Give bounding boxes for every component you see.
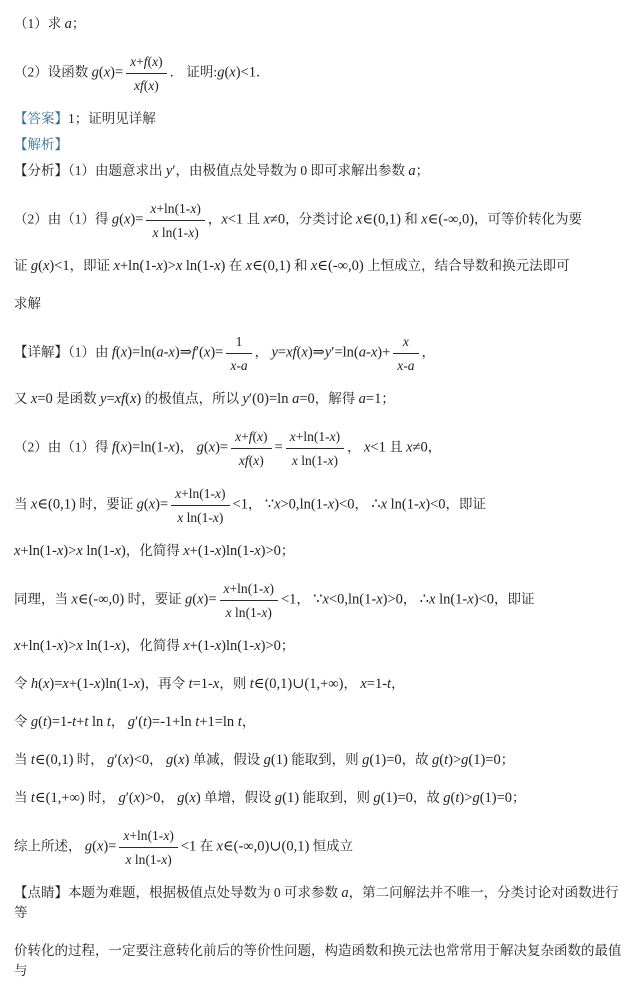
- math-run: x∈(0,1): [31, 497, 76, 513]
- math-run: <1: [281, 592, 296, 608]
- analysis-part2a: （2）由（1）得 g(x)=x+ln(1-x)x ln(1-x)，x<1 且 x…: [14, 199, 626, 242]
- text-run: 【分析】（1）由题意求出: [14, 163, 166, 178]
- math-run: g(1): [275, 790, 299, 806]
- remark-line2: 价转化的过程，一定要注意转化前后的等价性问题，构造函数和换元法也常常用于解决复杂…: [14, 941, 626, 981]
- text-run: ，: [343, 676, 360, 691]
- text-run: 当: [14, 790, 31, 805]
- detail-subst1: 令 h(x)=x+(1-x)ln(1-x)，再令 t=1-x，则 t∈(0,1)…: [14, 674, 626, 694]
- fraction-numerator: x+ln(1-x): [286, 427, 344, 449]
- text-run: 时，要证: [124, 592, 185, 607]
- math-run: t∈(0,1)∪(1,+∞): [250, 676, 344, 692]
- math-run: g(x): [177, 790, 200, 806]
- detail-part2a: （2）由（1）得 f(x)=ln(1-x)， g(x)=x+f(x)xf(x)=…: [14, 427, 626, 470]
- fraction-denominator: x ln(1-x): [119, 848, 177, 869]
- math-run: g(x): [166, 752, 189, 768]
- analysis-header: 【解析】: [14, 135, 626, 155]
- math-run: x=0: [31, 391, 53, 407]
- math-run: y′(0)=ln a=0: [242, 391, 314, 407]
- text-run: 恒成立: [309, 839, 353, 854]
- fraction-numerator: x+f(x): [231, 427, 271, 449]
- analysis-part2b: 证 g(x)<1，即证 x+ln(1-x)>x ln(1-x) 在 x∈(0,1…: [14, 256, 626, 276]
- math-run: g(t)>g(1)=0: [443, 790, 512, 806]
- math-run: g(x)<1: [217, 65, 256, 81]
- math-run: y=xf(x)⇒y′=ln(a-x)+: [271, 345, 390, 361]
- text-run: 价转化的过程，一定要注意转化前后的等价性问题，构造函数和换元法也常常用于解决复杂…: [14, 943, 622, 978]
- text-run: 在: [196, 839, 216, 854]
- text-run: 单增，假设: [201, 790, 275, 805]
- math-run: x+ln(1-x)>x ln(1-x): [14, 543, 126, 559]
- remark-line1: 【点睛】本题为难题，根据极值点处导数为 0 可求参数 a，第二问解法并不唯一，分…: [14, 883, 626, 923]
- detail-mono2: 当 t∈(1,+∞) 时， g′(x)>0， g(x) 单增，假设 g(1) 能…: [14, 788, 626, 808]
- text-run: ，即证: [70, 258, 114, 273]
- text-run: ，: [428, 440, 442, 455]
- fraction-denominator: xf(x): [126, 74, 166, 95]
- text-run: ，: [422, 345, 436, 360]
- text-run: 上恒成立，结合导数和换元法即可: [364, 258, 570, 273]
- fraction-numerator: x+ln(1-x): [220, 579, 278, 601]
- math-run: g(1)=0: [373, 790, 413, 806]
- math-run: x+ln(1-x)>x ln(1-x): [14, 638, 126, 654]
- answer-line: 【答案】1；证明见详解: [14, 109, 626, 129]
- math-run: t=1-x: [189, 676, 220, 692]
- detail-conclusion: 综上所述， g(x)=x+ln(1-x)x ln(1-x)<1 在 x∈(-∞,…: [14, 826, 626, 869]
- math-run: ∴x ln(1-x)<0: [420, 592, 494, 608]
- detail-case1a: 当 x∈(0,1) 时，要证 g(x)=x+ln(1-x)x ln(1-x)<1…: [14, 484, 626, 527]
- text-run: ，即证: [494, 592, 535, 607]
- math-run: g(x)=: [185, 592, 217, 608]
- text-run: ，则: [219, 676, 249, 691]
- math-run: x+ln(1-x)>x ln(1-x): [114, 258, 226, 274]
- detail-mono1: 当 t∈(0,1) 时， g′(x)<0， g(x) 单减，假设 g(1) 能取…: [14, 750, 626, 770]
- fraction-denominator: x ln(1-x): [286, 449, 344, 470]
- text-run: 单减，假设: [189, 752, 263, 767]
- math-run: x+(1-x)ln(1-x)>0: [183, 543, 281, 559]
- text-run: ，化简得: [126, 543, 183, 558]
- math-run: =: [275, 440, 283, 456]
- fraction: x+f(x)xf(x): [231, 427, 271, 470]
- math-run: x∈(-∞,0)∪(0,1): [217, 839, 310, 855]
- detail-part1a: 【详解】（1）由 f(x)=ln(a-x)⇒f′(x)=1x-a， y=xf(x…: [14, 332, 626, 375]
- math-run: x<1: [364, 440, 386, 456]
- text-run: ；: [281, 638, 295, 653]
- text-run: 且: [386, 440, 406, 455]
- math-run: x≠0: [263, 212, 285, 228]
- math-run: a: [341, 885, 348, 901]
- text-run: ，: [149, 752, 166, 767]
- fraction-denominator: x-a: [226, 354, 251, 375]
- text-run: ，: [111, 714, 128, 729]
- math-run: g(x)=: [197, 440, 229, 456]
- text-run: ；: [501, 752, 515, 767]
- text-run: ，故: [413, 790, 443, 805]
- fraction-numerator: x+f(x): [126, 52, 166, 74]
- math-run: x<1: [221, 212, 243, 228]
- fraction: x+ln(1-x)x ln(1-x): [171, 484, 229, 527]
- text-run: ，: [180, 440, 197, 455]
- fraction: xx-a: [393, 332, 418, 375]
- text-run: 和: [401, 212, 421, 227]
- detail-part1b: 又 x=0 是函数 y=xf(x) 的极值点，所以 y′(0)=ln a=0，解…: [14, 389, 626, 409]
- text-run: ，: [255, 345, 272, 360]
- fraction-numerator: x+ln(1-x): [171, 484, 229, 506]
- text-run: （2）由（1）得: [14, 212, 112, 227]
- text-run: ，再令: [145, 676, 189, 691]
- fraction-numerator: 1: [226, 332, 251, 354]
- fraction: x+ln(1-x)x ln(1-x): [119, 826, 177, 869]
- detail-case2a: 同理，当 x∈(-∞,0) 时，要证 g(x)=x+ln(1-x)x ln(1-…: [14, 579, 626, 622]
- text-run: ，: [391, 676, 405, 691]
- analysis-part1: 【分析】（1）由题意求出 y′，由极值点处导数为 0 即可求解出参数 a；: [14, 161, 626, 181]
- text-run: 令: [14, 714, 31, 729]
- text-run: ；: [72, 16, 86, 31]
- text-run: 又: [14, 391, 31, 406]
- text-run: 【详解】（1）由: [14, 345, 112, 360]
- text-run: 时，要证: [76, 497, 137, 512]
- text-run: 综上所述，: [14, 839, 85, 854]
- problem-q1: （1）求 a；: [14, 14, 626, 34]
- text-run: 1；证明见详解: [68, 111, 156, 126]
- text-run: ． 证明:: [170, 65, 218, 80]
- text-run: （1）求: [14, 16, 65, 31]
- text-run: 能取到，则: [288, 752, 362, 767]
- math-run: x=1-t: [360, 676, 391, 692]
- text-run: ，: [208, 212, 222, 227]
- fraction-denominator: xf(x): [231, 449, 271, 470]
- text-run: 证: [14, 258, 31, 273]
- text-run: ，分类讨论: [285, 212, 356, 227]
- text-run: 是函数: [53, 391, 100, 406]
- section-label: 【解析】: [14, 137, 68, 152]
- math-run: g(t)>g(1)=0: [432, 752, 501, 768]
- math-run: ∵x>0,ln(1-x)<0: [265, 497, 355, 513]
- math-run: g(x)=: [92, 65, 124, 81]
- math-run: g(x)=: [112, 212, 144, 228]
- fraction-denominator: x-a: [393, 354, 418, 375]
- text-run: ，: [248, 497, 265, 512]
- text-run: ，解得: [315, 391, 359, 406]
- math-run: y=xf(x): [100, 391, 141, 407]
- math-run: g(x)=: [137, 497, 169, 513]
- analysis-part2c: 求解: [14, 294, 626, 314]
- math-run: x∈(-∞,0): [71, 592, 124, 608]
- fraction: x+ln(1-x)x ln(1-x): [286, 427, 344, 470]
- detail-subst2: 令 g(t)=1-t+t ln t， g′(t)=-1+ln t+1=ln t，: [14, 712, 626, 732]
- fraction-denominator: x ln(1-x): [146, 221, 204, 242]
- math-run: a=1: [359, 391, 382, 407]
- text-run: ，: [403, 592, 420, 607]
- fraction-denominator: x ln(1-x): [171, 506, 229, 527]
- text-run: 求解: [14, 296, 41, 311]
- math-run: x≠0: [406, 440, 428, 456]
- section-label: 【答案】: [14, 111, 68, 126]
- text-run: ；: [281, 543, 295, 558]
- detail-case1b: x+ln(1-x)>x ln(1-x)，化简得 x+(1-x)ln(1-x)>0…: [14, 541, 626, 561]
- text-run: 能取到，则: [299, 790, 373, 805]
- math-run: x+(1-x)ln(1-x)>0: [183, 638, 281, 654]
- math-run: g(x)<1: [31, 258, 70, 274]
- math-run: h(x)=x+(1-x)ln(1-x): [31, 676, 145, 692]
- math-run: <1: [233, 497, 248, 513]
- fraction: x+ln(1-x)x ln(1-x): [146, 199, 204, 242]
- math-run: g(x)=: [85, 839, 117, 855]
- fraction: 1x-a: [226, 332, 251, 375]
- text-run: ，: [296, 592, 313, 607]
- text-run: 和: [291, 258, 311, 273]
- text-run: ．: [256, 65, 270, 80]
- text-run: ，可等价转化为要: [474, 212, 582, 227]
- math-run: g(1): [264, 752, 288, 768]
- text-run: 且: [243, 212, 263, 227]
- math-run: g′(t)=-1+ln t+1=ln t: [128, 714, 242, 730]
- fraction: x+f(x)xf(x): [126, 52, 166, 95]
- text-run: 当: [14, 752, 31, 767]
- text-run: （2）设函数: [14, 65, 92, 80]
- text-run: 【点睛】本题为难题，根据极值点处导数为 0 可求参数: [14, 885, 341, 900]
- math-run: g(1)=0: [362, 752, 402, 768]
- text-run: 当: [14, 497, 31, 512]
- text-run: ，: [354, 497, 371, 512]
- text-run: ，: [347, 440, 364, 455]
- fraction-numerator: x: [393, 332, 418, 354]
- math-run: g′(x)>0: [118, 790, 160, 806]
- math-run: f(x)=ln(1-x): [112, 440, 180, 456]
- math-run: t∈(0,1): [31, 752, 74, 768]
- document-page: （1）求 a；（2）设函数 g(x)=x+f(x)xf(x)． 证明:g(x)<…: [0, 0, 640, 981]
- text-run: ，即证: [446, 497, 487, 512]
- math-run: g′(x)<0: [107, 752, 149, 768]
- fraction-denominator: x ln(1-x): [220, 601, 278, 622]
- text-run: 时，: [85, 790, 119, 805]
- math-run: x∈(0,1): [356, 212, 401, 228]
- fraction-numerator: x+ln(1-x): [146, 199, 204, 221]
- math-run: a: [65, 16, 72, 32]
- text-run: ；: [416, 163, 430, 178]
- math-run: ∵x<0,ln(1-x)>0: [313, 592, 403, 608]
- math-run: <1: [181, 839, 196, 855]
- math-run: f(x)=ln(a-x)⇒f′(x)=: [112, 345, 223, 361]
- problem-q2: （2）设函数 g(x)=x+f(x)xf(x)． 证明:g(x)<1．: [14, 52, 626, 95]
- text-run: ，由极值点处导数为 0 即可求解出参数: [175, 163, 408, 178]
- math-run: t∈(1,+∞): [31, 790, 85, 806]
- math-run: a: [408, 163, 415, 179]
- text-run: 的极值点，所以: [141, 391, 242, 406]
- text-run: 同理，当: [14, 592, 71, 607]
- fraction-numerator: x+ln(1-x): [119, 826, 177, 848]
- text-run: ；: [381, 391, 395, 406]
- math-run: x∈(0,1): [246, 258, 291, 274]
- fraction: x+ln(1-x)x ln(1-x): [220, 579, 278, 622]
- text-run: ，: [160, 790, 177, 805]
- text-run: （2）由（1）得: [14, 440, 112, 455]
- math-run: x∈(-∞,0): [311, 258, 364, 274]
- detail-case2b: x+ln(1-x)>x ln(1-x)，化简得 x+(1-x)ln(1-x)>0…: [14, 636, 626, 656]
- text-run: 令: [14, 676, 31, 691]
- math-run: ∴x ln(1-x)<0: [371, 497, 445, 513]
- math-run: g(t)=1-t+t ln t: [31, 714, 111, 730]
- text-run: ，: [242, 714, 256, 729]
- math-run: x∈(-∞,0): [421, 212, 474, 228]
- text-run: 在: [225, 258, 245, 273]
- text-run: 时，: [73, 752, 107, 767]
- text-run: ，化简得: [126, 638, 183, 653]
- text-run: ，故: [402, 752, 432, 767]
- text-run: ；: [512, 790, 526, 805]
